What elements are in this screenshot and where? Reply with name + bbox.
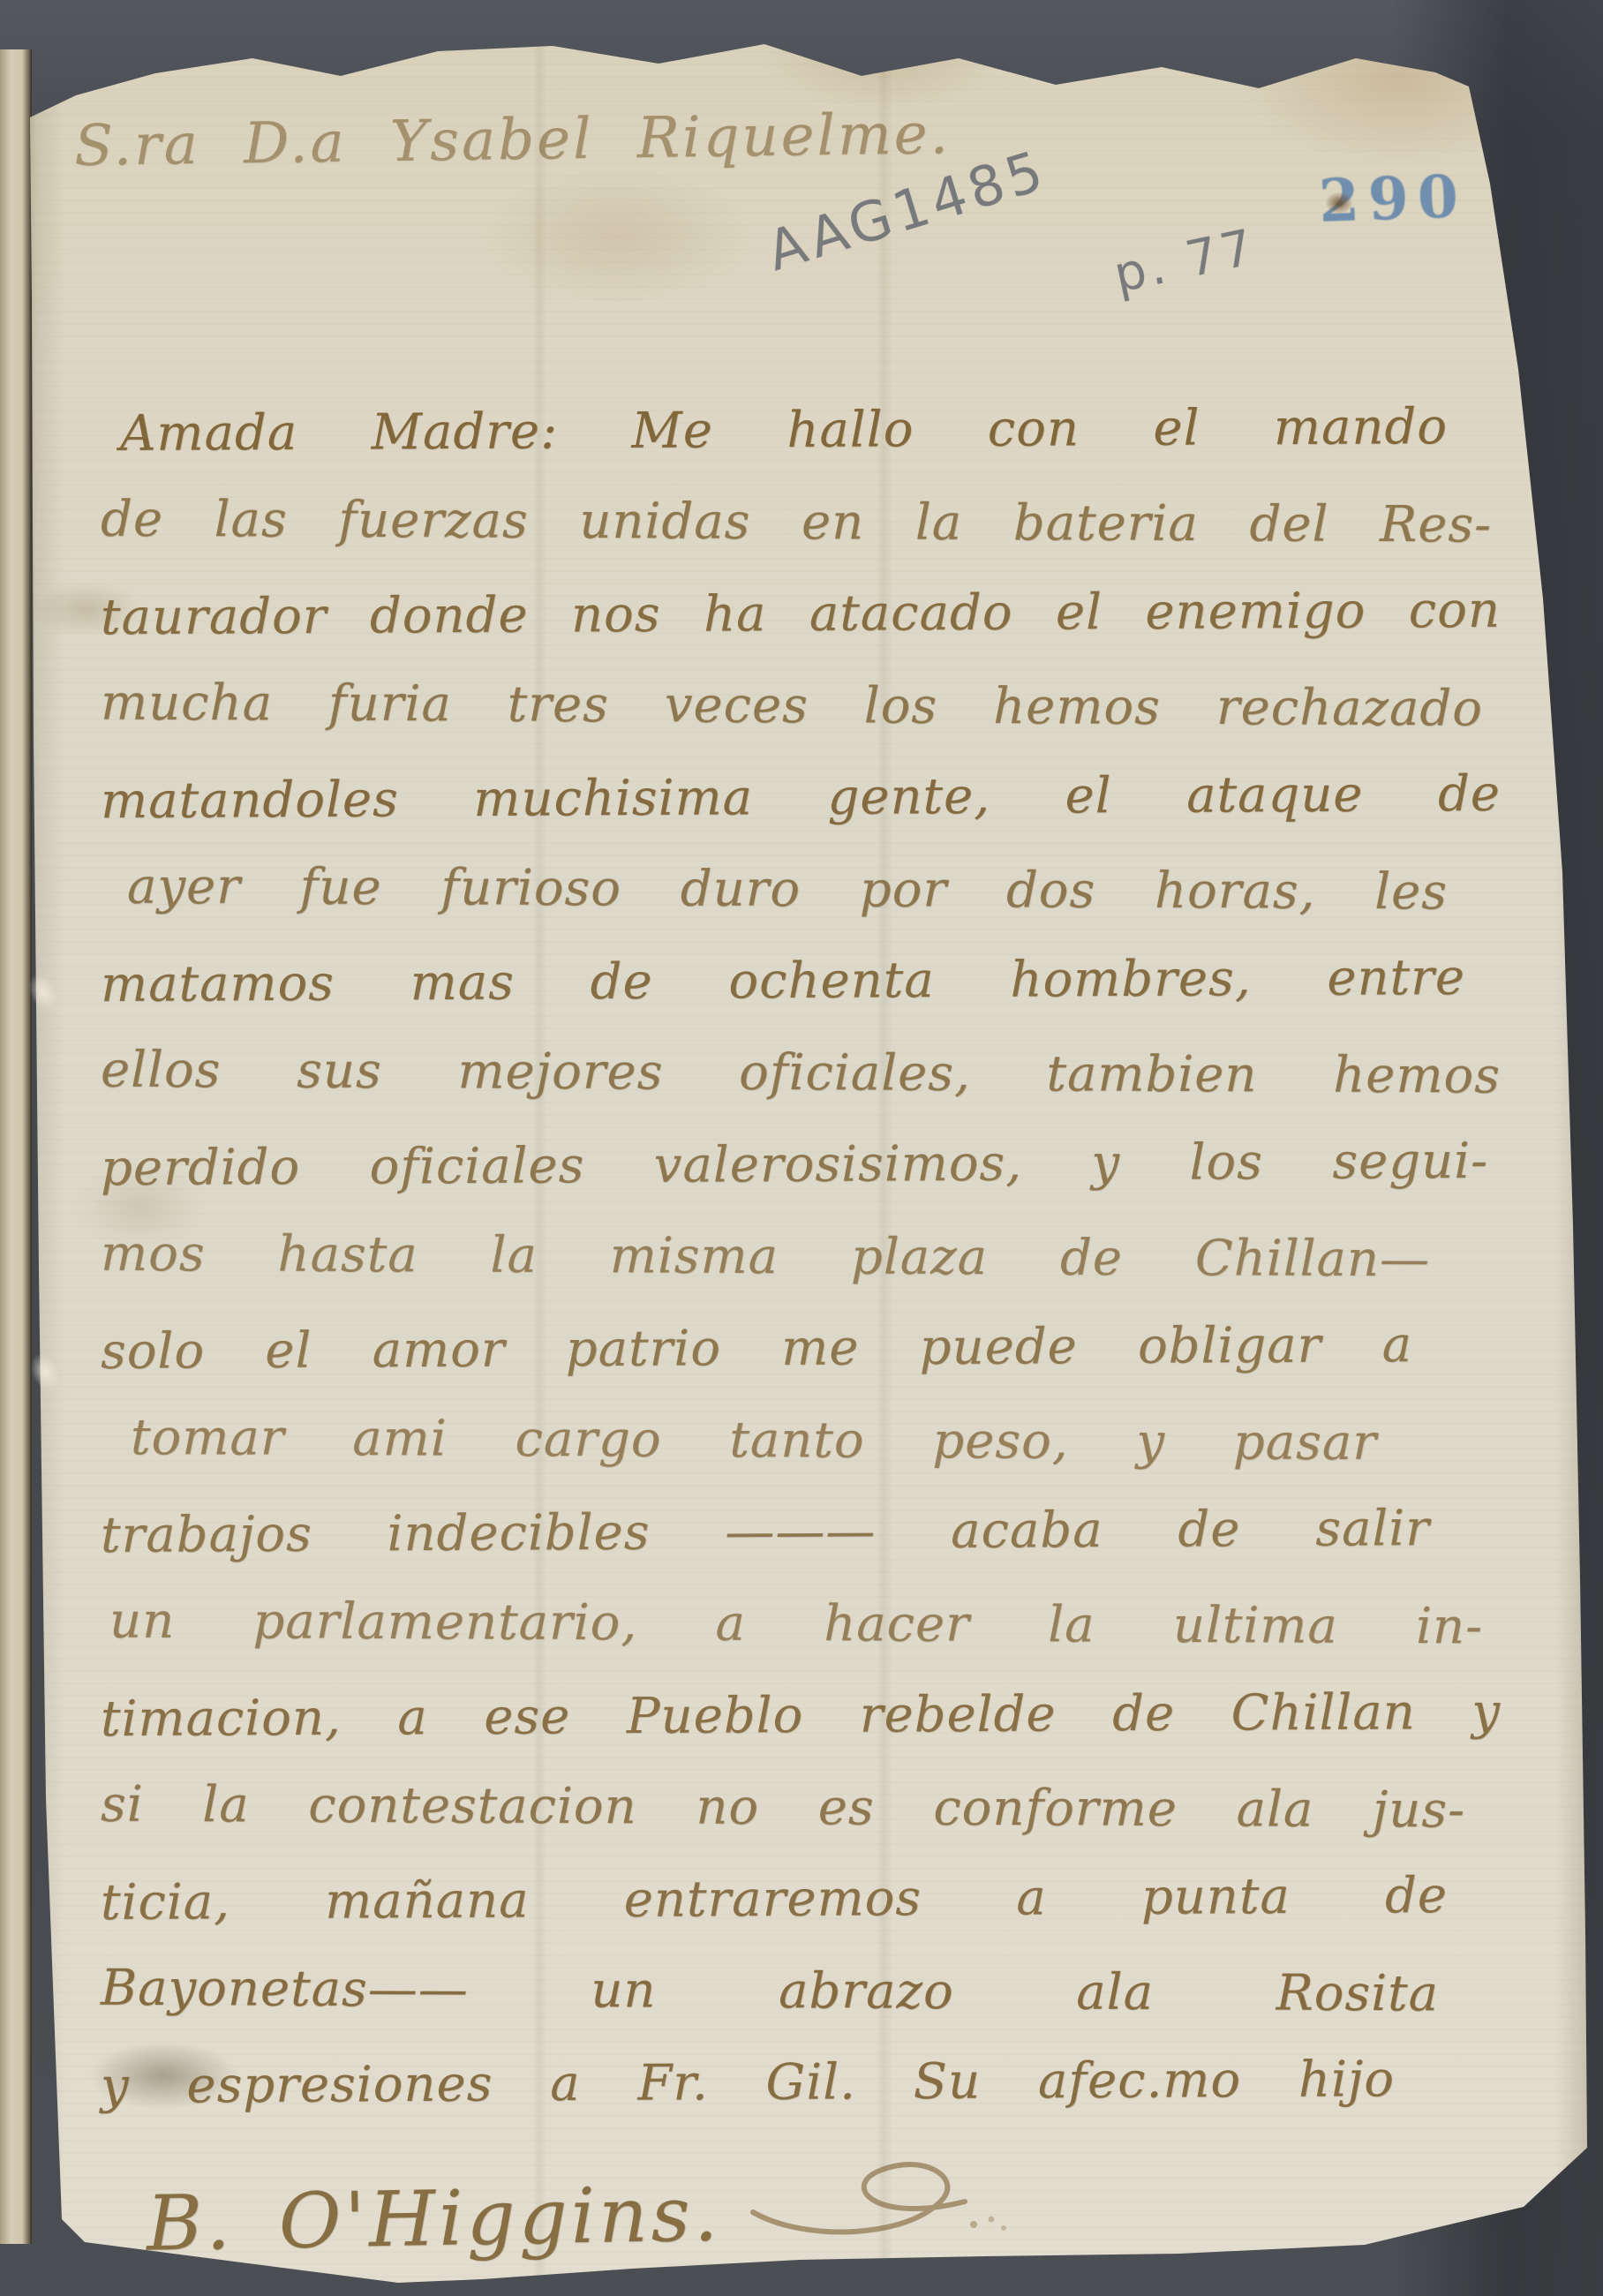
letter-line: perdido oficiales valerosisimos, y los s…: [101, 1116, 1489, 1215]
signature-rubric: [742, 2143, 1007, 2258]
letter-line: taurador donde nos ha atacado el enemigo…: [101, 565, 1501, 664]
signature: B. O'Higgins.: [146, 2170, 722, 2268]
letter-body: Amada Madre: Me hallo con el mandode las…: [101, 385, 1501, 2129]
letter-line: matandoles muchisima gente, el ataque de: [101, 749, 1501, 847]
letter-line: mucha furia tres veces los hemos rechaza…: [101, 658, 1483, 756]
letter-line: trabajos indecibles ——— acaba de salir: [101, 1483, 1431, 1582]
pencil-page-number: p. 77: [1109, 219, 1261, 305]
letter-page: S.ra D.a Ysabel Riquelme. 290 AAG1485 p.…: [23, 34, 1587, 2290]
letter-line: ticia, mañana entraremos a punta de: [101, 1850, 1449, 1949]
letter-line: ayer fue furioso duro por dos horas, les: [127, 841, 1448, 939]
book-binding: [0, 49, 32, 2244]
recipient-line: S.ra D.a Ysabel Riquelme.: [74, 102, 958, 179]
letter-line: y espresiones a Fr. Gil. Su afec.mo hijo: [101, 2034, 1396, 2133]
letter-line: solo el amor patrio me puede obligar a: [101, 1299, 1413, 1398]
letter-line: matamos mas de ochenta hombres, entre: [101, 932, 1466, 1031]
letter-line: tomar ami cargo tanto peso, y pasar: [131, 1392, 1377, 1489]
letter-line: de las fuerzas unidas en la bateria del …: [101, 474, 1492, 572]
letter-line: un parlamentario, a hacer la ultima in-: [109, 1576, 1483, 1674]
ink-blot: [1326, 192, 1352, 214]
letter-line: si la contestacion no es conforme ala ju…: [101, 1759, 1465, 1857]
letter-line: Bayonetas—— un abrazo ala Rosita: [101, 1943, 1439, 2041]
signature-row: B. O'Higgins.: [147, 2143, 1007, 2263]
scan-background: S.ra D.a Ysabel Riquelme. 290 AAG1485 p.…: [0, 0, 1603, 2296]
letter-line: ellos sus mejores oficiales, tambien hem…: [101, 1025, 1501, 1123]
letter-line: Amada Madre: Me hallo con el mando: [120, 381, 1449, 480]
letter-line: mos hasta la misma plaza de Chillan—: [101, 1208, 1430, 1306]
letter-line: timacion, a ese Pueblo rebelde de Chilla…: [101, 1667, 1501, 1765]
